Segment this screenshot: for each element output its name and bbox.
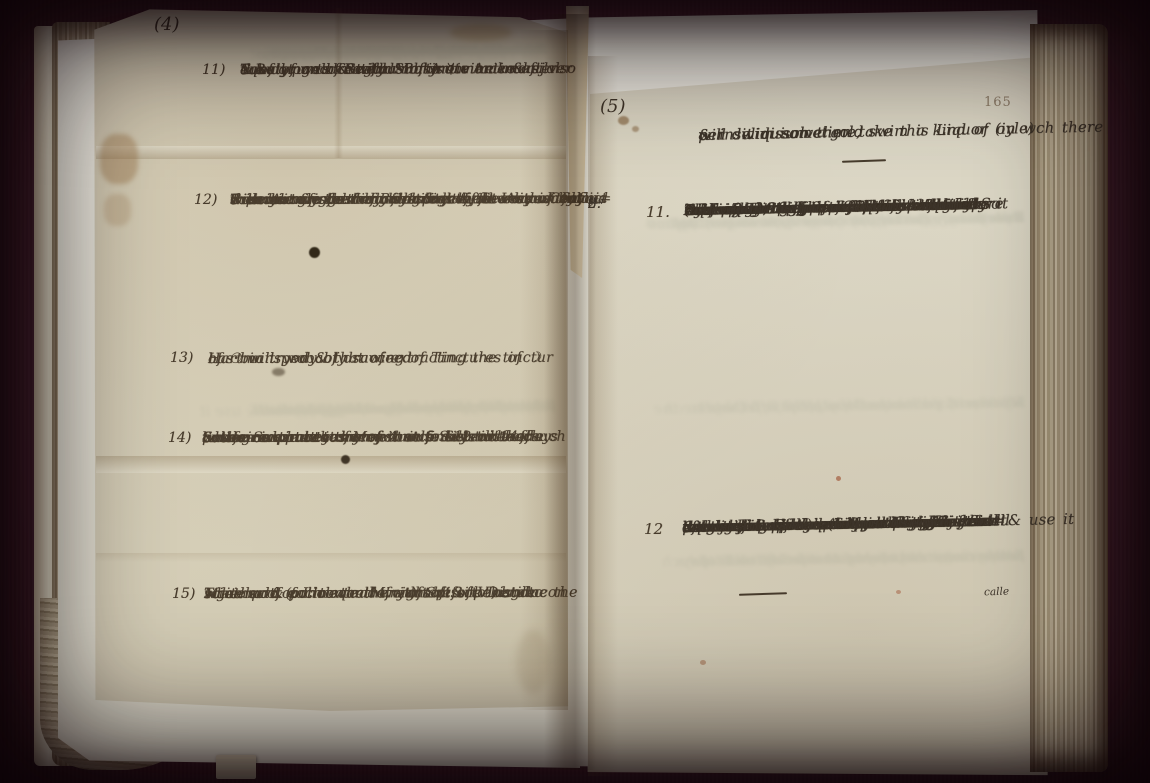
left-folio-number: (4)	[154, 14, 180, 35]
right-leaf-number: 165	[984, 95, 1012, 110]
ink-smudge	[618, 116, 629, 125]
repair-stain	[104, 194, 131, 226]
entry-number: 11.	[646, 203, 670, 221]
rust-speck	[700, 660, 706, 665]
interlinear-insertion: calle	[984, 586, 1009, 599]
ink-smudge	[632, 126, 639, 132]
fold-crease	[96, 553, 566, 562]
rust-speck	[896, 590, 901, 594]
gutter-shadow	[544, 14, 596, 770]
fold-crease	[96, 146, 566, 159]
entry-number: 12	[644, 520, 663, 538]
ink-blot	[341, 455, 350, 464]
manuscript-line: of ☉ will probably succeed	[208, 347, 412, 370]
entry-number: 13)	[170, 350, 193, 366]
rust-speck	[836, 476, 841, 481]
ink-blot	[309, 247, 320, 258]
manuscript-line: & in it dissolve gold	[698, 123, 864, 147]
paper-stain	[450, 24, 512, 41]
manuscript-photo: Take pure regulus of Antimonie =(without…	[0, 0, 1150, 783]
entry-number: 12)	[194, 192, 217, 208]
manuscript-line: time grow pretty dry of it selfe	[202, 427, 439, 449]
manuscript-line: =nans	[230, 190, 277, 211]
fold-crease-vertical	[334, 8, 343, 158]
paper-tab	[216, 755, 256, 779]
manuscript-line: a Butyrum of Stella Martis	[240, 59, 443, 81]
manuscript-line: some salt of Lime made wth Spt of Vinagr…	[204, 583, 535, 605]
entry-number: 14)	[168, 430, 191, 446]
entry-number: 11)	[202, 62, 225, 78]
repair-stain	[100, 134, 138, 184]
right-folio-number: (5)	[600, 96, 626, 117]
manuscript-line: or five grains for a dose	[684, 197, 883, 222]
entry-number: 15)	[172, 586, 195, 602]
fold-crease	[96, 456, 566, 473]
